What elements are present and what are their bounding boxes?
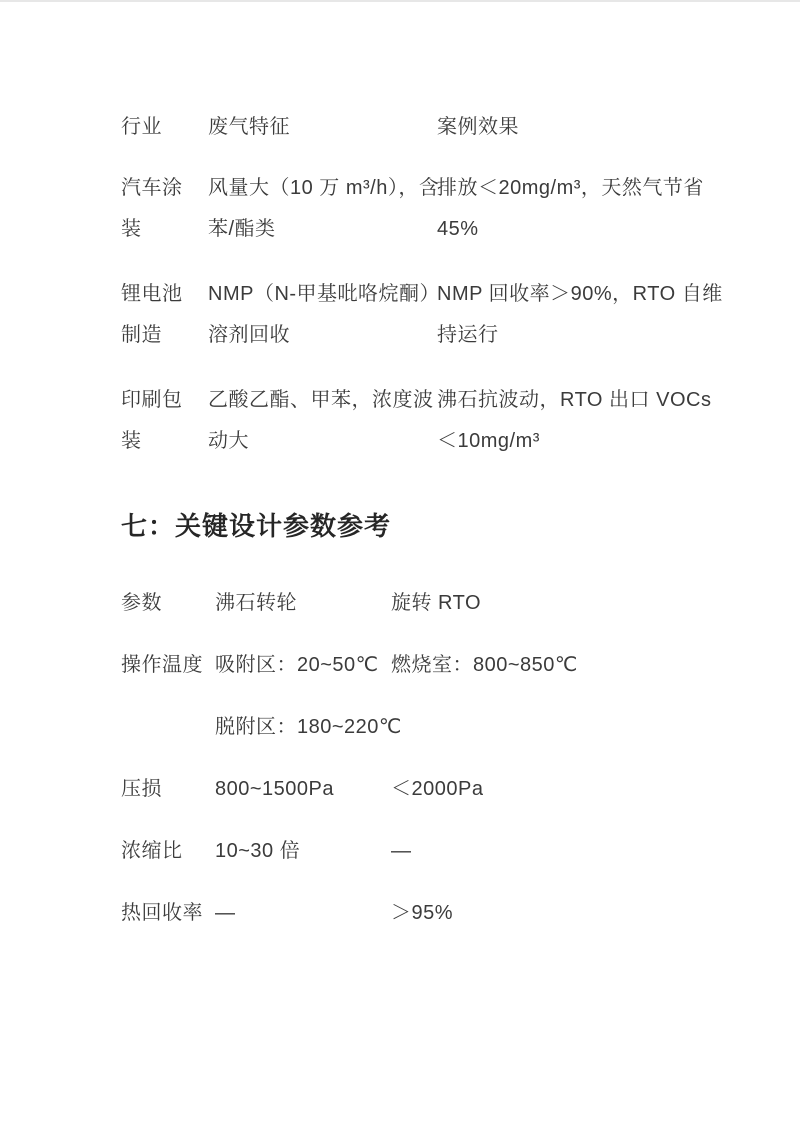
cell-rotary-rto: — bbox=[391, 831, 740, 872]
cell-text: 印刷包 bbox=[121, 380, 208, 421]
cell-zeolite-wheel: 10~30 倍 bbox=[215, 831, 391, 872]
table-row-pressure-drop: 压损 800~1500Pa ＜2000Pa bbox=[121, 769, 740, 810]
cell-case-result: NMP 回收率＞90%，RTO 自维 持运行 bbox=[437, 274, 740, 356]
cell-text: 装 bbox=[121, 209, 208, 250]
cell-gas-profile: 乙酸乙酯、甲苯，浓度波 动大 bbox=[208, 380, 437, 462]
cell-industry: 汽车涂 装 bbox=[121, 168, 208, 250]
column-header-parameter: 参数 bbox=[121, 583, 215, 624]
column-header-industry: 行业 bbox=[121, 107, 208, 148]
column-header-rotary-rto: 旋转 RTO bbox=[391, 583, 740, 624]
cell-industry: 锂电池 制造 bbox=[121, 274, 208, 356]
cell-parameter: 操作温度 bbox=[121, 645, 215, 686]
table-row-operating-temperature: 操作温度 吸附区：20~50℃ 燃烧室：800~850℃ bbox=[121, 645, 740, 686]
table-row-auto-coating: 汽车涂 装 风量大（10 万 m³/h），含 苯/酯类 排放＜20mg/m³，天… bbox=[121, 168, 740, 250]
cell-text: 锂电池 bbox=[121, 274, 208, 315]
header-label: 行业 bbox=[121, 107, 208, 148]
cell-text: 苯/酯类 bbox=[208, 209, 437, 250]
cell-rotary-rto bbox=[391, 707, 740, 748]
cell-parameter: 浓缩比 bbox=[121, 831, 215, 872]
cell-zeolite-wheel: 800~1500Pa bbox=[215, 769, 391, 810]
column-header-case-result: 案例效果 bbox=[437, 107, 740, 148]
cell-rotary-rto: ＞95% bbox=[391, 893, 740, 934]
document-page: 行业 废气特征 案例效果 汽车涂 装 风量大（10 万 m³/h），含 苯/酯类 bbox=[0, 0, 800, 1131]
column-header-zeolite-wheel: 沸石转轮 bbox=[215, 583, 391, 624]
cell-zeolite-wheel: 脱附区：180~220℃ bbox=[215, 707, 391, 748]
cell-text: 动大 bbox=[208, 421, 437, 462]
cell-text: 溶剂回收 bbox=[208, 315, 437, 356]
table-row-lithium-battery: 锂电池 制造 NMP（N-甲基吡咯烷酮） 溶剂回收 NMP 回收率＞90%，RT… bbox=[121, 274, 740, 356]
section-heading: 七：关键设计参数参考 bbox=[121, 509, 740, 543]
column-header-gas-profile: 废气特征 bbox=[208, 107, 437, 148]
cell-zeolite-wheel: 吸附区：20~50℃ bbox=[215, 645, 391, 686]
cell-parameter: 压损 bbox=[121, 769, 215, 810]
cell-text: 持运行 bbox=[437, 315, 740, 356]
cell-text: 排放＜20mg/m³，天然气节省 bbox=[437, 168, 740, 209]
cell-rotary-rto: ＜2000Pa bbox=[391, 769, 740, 810]
header-label: 案例效果 bbox=[437, 107, 740, 148]
table-row-concentration-ratio: 浓缩比 10~30 倍 — bbox=[121, 831, 740, 872]
cell-text: 沸石抗波动，RTO 出口 VOCs bbox=[437, 380, 740, 421]
cell-text: NMP（N-甲基吡咯烷酮） bbox=[208, 274, 437, 315]
cell-gas-profile: 风量大（10 万 m³/h），含 苯/酯类 bbox=[208, 168, 437, 250]
cell-text: NMP 回收率＞90%，RTO 自维 bbox=[437, 274, 740, 315]
industry-table-header-row: 行业 废气特征 案例效果 bbox=[121, 107, 740, 148]
cell-text: 乙酸乙酯、甲苯，浓度波 bbox=[208, 380, 437, 421]
cell-rotary-rto: 燃烧室：800~850℃ bbox=[391, 645, 740, 686]
cell-zeolite-wheel: — bbox=[215, 893, 391, 934]
cell-text: 风量大（10 万 m³/h），含 bbox=[208, 168, 437, 209]
document-content: 行业 废气特征 案例效果 汽车涂 装 风量大（10 万 m³/h），含 苯/酯类 bbox=[0, 2, 800, 934]
table-row-printing-packaging: 印刷包 装 乙酸乙酯、甲苯，浓度波 动大 沸石抗波动，RTO 出口 VOCs ＜… bbox=[121, 380, 740, 462]
cell-text: 装 bbox=[121, 421, 208, 462]
cell-text: 制造 bbox=[121, 315, 208, 356]
industry-case-table: 行业 废气特征 案例效果 汽车涂 装 风量大（10 万 m³/h），含 苯/酯类 bbox=[121, 107, 740, 462]
cell-case-result: 沸石抗波动，RTO 出口 VOCs ＜10mg/m³ bbox=[437, 380, 740, 462]
parameter-table-header-row: 参数 沸石转轮 旋转 RTO bbox=[121, 583, 740, 624]
cell-parameter: 热回收率 bbox=[121, 893, 215, 934]
cell-text: ＜10mg/m³ bbox=[437, 421, 740, 462]
cell-gas-profile: NMP（N-甲基吡咯烷酮） 溶剂回收 bbox=[208, 274, 437, 356]
cell-text: 45% bbox=[437, 209, 740, 250]
cell-industry: 印刷包 装 bbox=[121, 380, 208, 462]
parameter-table: 参数 沸石转轮 旋转 RTO 操作温度 吸附区：20~50℃ 燃烧室：800~8… bbox=[121, 583, 740, 934]
cell-case-result: 排放＜20mg/m³，天然气节省 45% bbox=[437, 168, 740, 250]
cell-parameter bbox=[121, 707, 215, 748]
table-row-heat-recovery-rate: 热回收率 — ＞95% bbox=[121, 893, 740, 934]
header-label: 废气特征 bbox=[208, 107, 437, 148]
table-row-desorption-zone: 脱附区：180~220℃ bbox=[121, 707, 740, 748]
cell-text: 汽车涂 bbox=[121, 168, 208, 209]
